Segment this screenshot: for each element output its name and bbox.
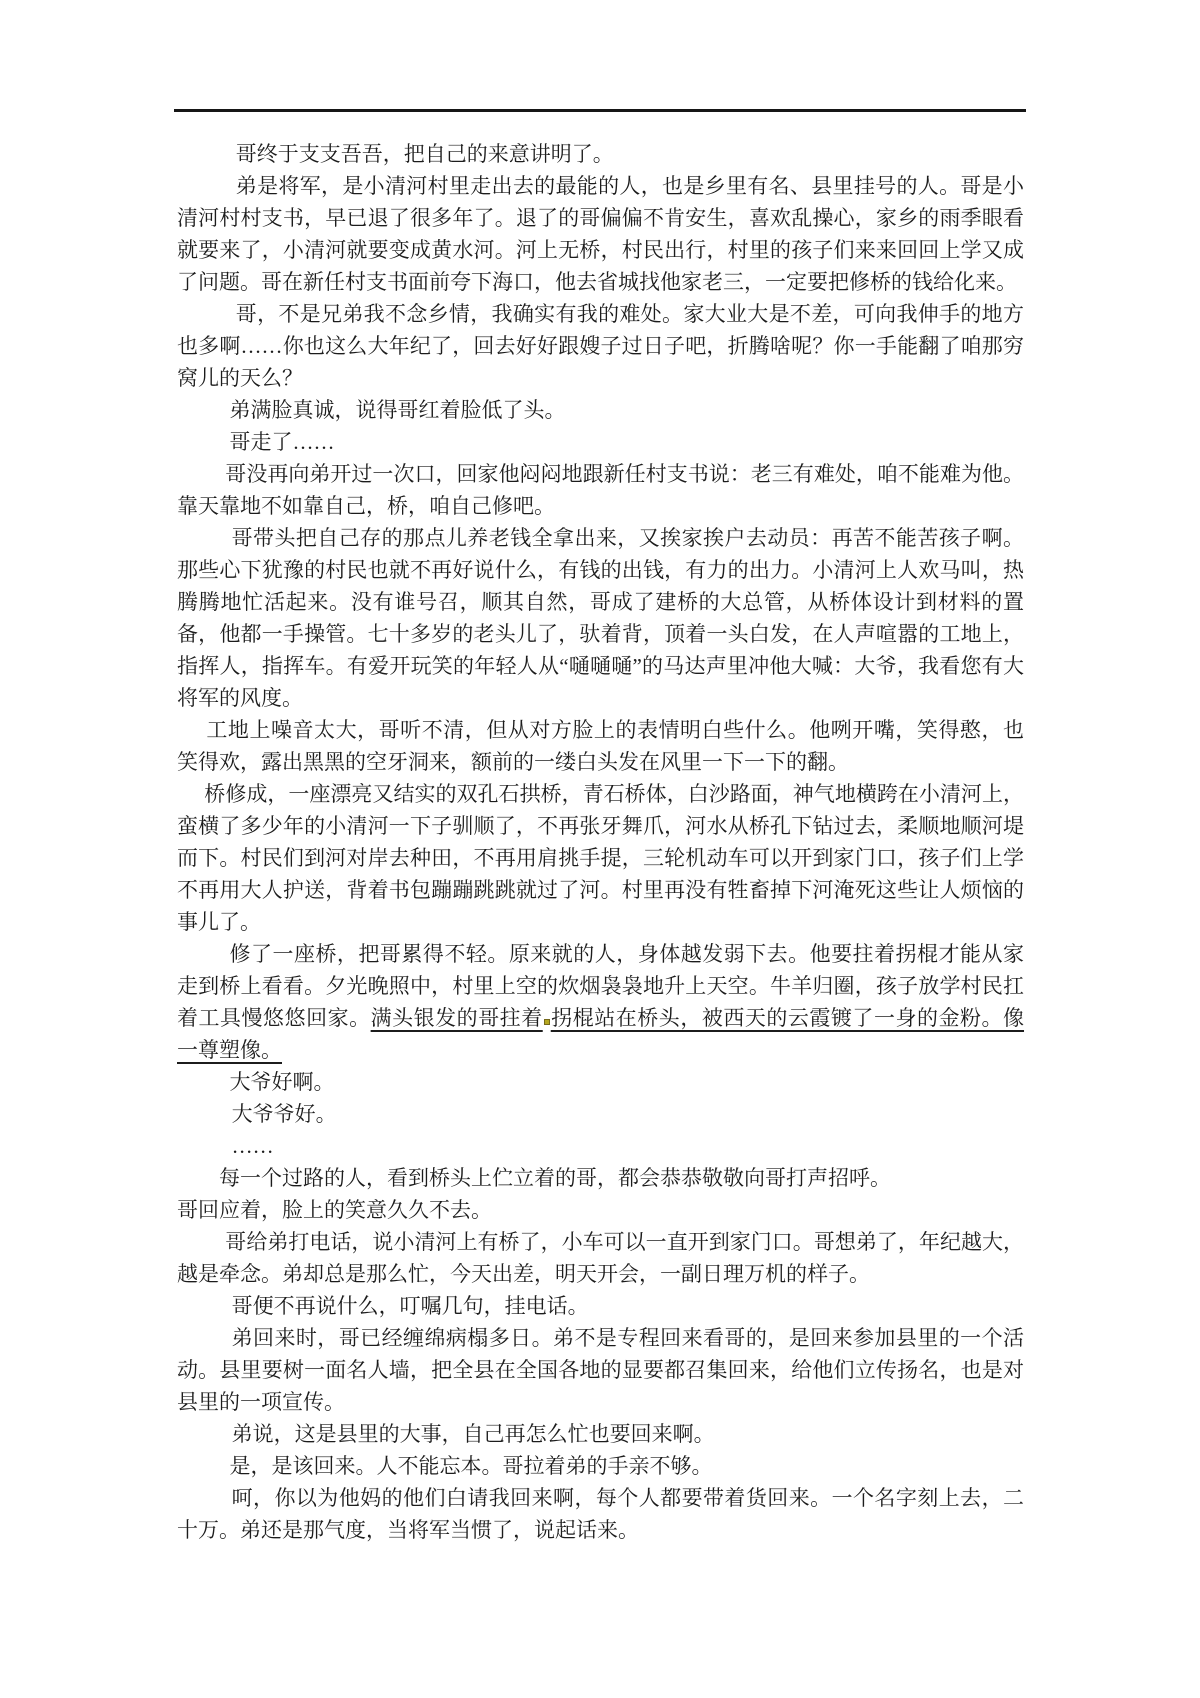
- paragraph: 弟回来时，哥已经缠绵病榻多日。弟不是专程回来看哥的，是回来参加县里的一个活动。县…: [177, 1322, 1024, 1418]
- paragraph: 哥，不是兄弟我不念乡情，我确实有我的难处。家大业大是不差，可向我伸手的地方也多啊…: [177, 298, 1024, 394]
- paragraph: 大爷爷好。: [177, 1098, 1024, 1130]
- paragraph: 哥便不再说什么，叮嘱几句，挂电话。: [177, 1290, 1024, 1322]
- paragraph: 修了一座桥，把哥累得不轻。原来就的人，身体越发弱下去。他要拄着拐棍才能从家走到桥…: [177, 938, 1024, 1066]
- paragraph: 工地上噪音太大，哥听不清，但从对方脸上的表情明白些什么。他咧开嘴，笑得憨，也笑得…: [177, 714, 1024, 778]
- paragraph: 哥走了……: [177, 426, 1024, 458]
- text-run: 桥修成，一座漂亮又结实的双孔石拱桥，青石桥体，白沙路面，神气地横跨在小清河上，蛮…: [177, 782, 1024, 934]
- paragraph: 呵，你以为他妈的他们白请我回来啊，每个人都要带着货回来。一个名字刻上去，二十万。…: [177, 1482, 1024, 1546]
- paragraph: 哥带头把自己存的那点儿养老钱全拿出来，又挨家挨户去动员：再苦不能苦孩子啊。那些心…: [177, 522, 1024, 714]
- paragraph: 大爷好啊。: [177, 1066, 1024, 1098]
- text-run: 哥带头把自己存的那点儿养老钱全拿出来，又挨家挨户去动员：再苦不能苦孩子啊。那些心…: [177, 526, 1024, 710]
- text-run: 弟回来时，哥已经缠绵病榻多日。弟不是专程回来看哥的，是回来参加县里的一个活动。县…: [177, 1326, 1024, 1414]
- header-rule: [174, 109, 1026, 112]
- text-run: ……: [232, 1134, 274, 1158]
- paragraph: 哥没再向弟开过一次口，回家他闷闷地跟新任村支书说：老三有难处，咱不能难为他。靠天…: [177, 458, 1024, 522]
- paragraph: 桥修成，一座漂亮又结实的双孔石拱桥，青石桥体，白沙路面，神气地横跨在小清河上，蛮…: [177, 778, 1024, 938]
- text-run: 工地上噪音太大，哥听不清，但从对方脸上的表情明白些什么。他咧开嘴，笑得憨，也笑得…: [177, 718, 1024, 774]
- text-run: 弟是将军，是小清河村里走出去的最能的人，也是乡里有名、县里挂号的人。哥是小清河村…: [177, 174, 1024, 294]
- document-page: 哥终于支支吾吾，把自己的来意讲明了。弟是将军，是小清河村里走出去的最能的人，也是…: [0, 0, 1200, 1698]
- paragraph: 哥回应着，脸上的笑意久久不去。: [177, 1194, 1024, 1226]
- article-body: 哥终于支支吾吾，把自己的来意讲明了。弟是将军，是小清河村里走出去的最能的人，也是…: [177, 138, 1024, 1546]
- paragraph: 哥给弟打电话，说小清河上有桥了，小车可以一直开到家门口。哥想弟了，年纪越大，越是…: [177, 1226, 1024, 1290]
- paragraph: 是，是该回来。人不能忘本。哥拉着弟的手亲不够。: [177, 1450, 1024, 1482]
- text-run: 哥给弟打电话，说小清河上有桥了，小车可以一直开到家门口。哥想弟了，年纪越大，越是…: [177, 1230, 1024, 1286]
- text-run: 每一个过路的人，看到桥头上伫立着的哥，都会恭恭敬敬向哥打声招呼。: [219, 1166, 891, 1190]
- text-run: 哥便不再说什么，叮嘱几句，挂电话。: [232, 1294, 589, 1318]
- text-run: 呵，你以为他妈的他们白请我回来啊，每个人都要带着货回来。一个名字刻上去，二十万。…: [177, 1486, 1024, 1542]
- paragraph: ……: [177, 1130, 1024, 1162]
- text-run: 大爷好啊。: [230, 1070, 335, 1094]
- text-run: 弟说，这是县里的大事，自己再怎么忙也要回来啊。: [232, 1422, 715, 1446]
- text-run: 哥回应着，脸上的笑意久久不去。: [177, 1198, 492, 1222]
- underlined-text: 满头银发的哥拄着: [371, 1006, 543, 1030]
- text-run: 哥没再向弟开过一次口，回家他闷闷地跟新任村支书说：老三有难处，咱不能难为他。靠天…: [177, 462, 1024, 518]
- paragraph: 弟说，这是县里的大事，自己再怎么忙也要回来啊。: [177, 1418, 1024, 1450]
- text-run: 哥走了……: [230, 430, 335, 454]
- text-run: 大爷爷好。: [232, 1102, 337, 1126]
- annotation-square-icon: [544, 1019, 550, 1025]
- text-run: 哥终于支支吾吾，把自己的来意讲明了。: [236, 142, 614, 166]
- text-run: 哥，不是兄弟我不念乡情，我确实有我的难处。家大业大是不差，可向我伸手的地方也多啊…: [177, 302, 1024, 390]
- paragraph: 每一个过路的人，看到桥头上伫立着的哥，都会恭恭敬敬向哥打声招呼。: [177, 1162, 1024, 1194]
- text-run: 是，是该回来。人不能忘本。哥拉着弟的手亲不够。: [230, 1454, 713, 1478]
- text-run: 弟满脸真诚，说得哥红着脸低了头。: [230, 398, 566, 422]
- paragraph: 弟满脸真诚，说得哥红着脸低了头。: [177, 394, 1024, 426]
- paragraph: 弟是将军，是小清河村里走出去的最能的人，也是乡里有名、县里挂号的人。哥是小清河村…: [177, 170, 1024, 298]
- paragraph: 哥终于支支吾吾，把自己的来意讲明了。: [177, 138, 1024, 170]
